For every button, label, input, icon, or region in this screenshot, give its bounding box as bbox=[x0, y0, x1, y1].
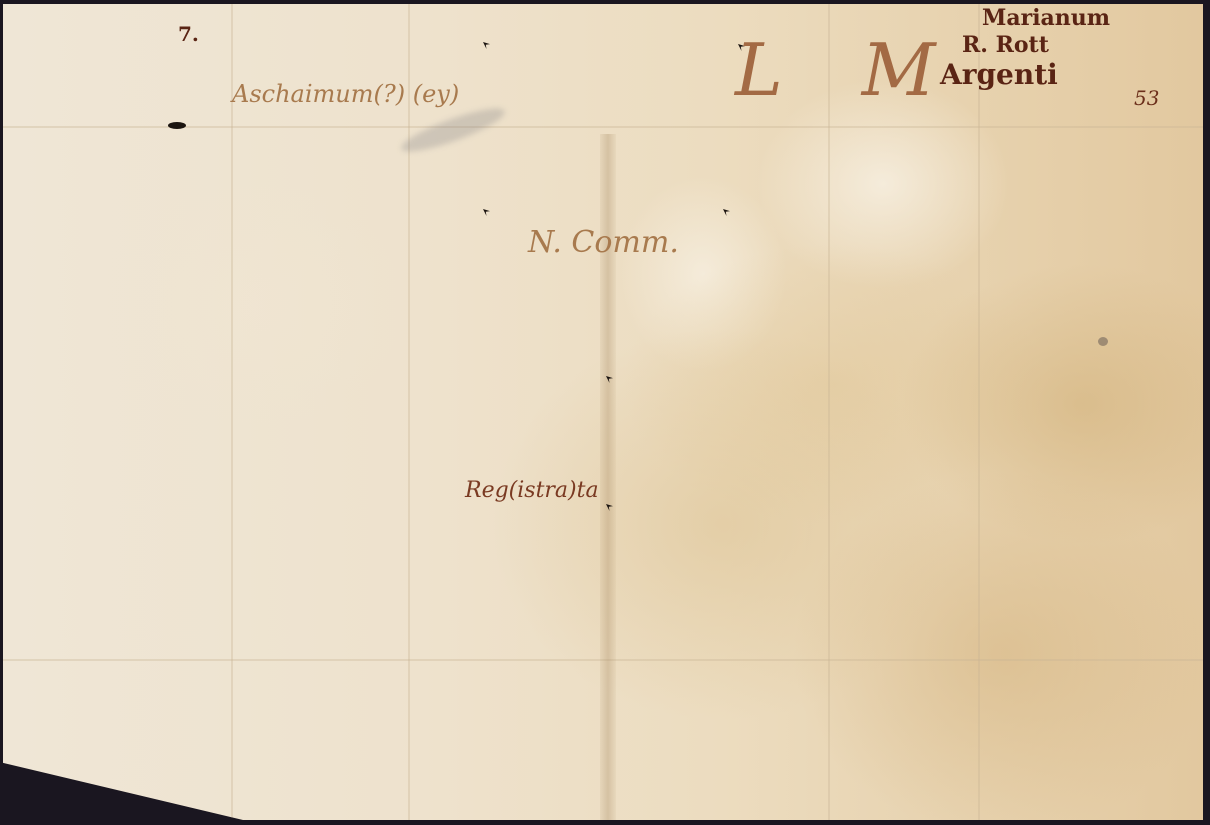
parchment-sheet bbox=[3, 4, 1203, 820]
pin-hole-mark bbox=[483, 209, 490, 216]
stain-spot bbox=[1098, 337, 1108, 346]
page-number: 53 bbox=[1134, 86, 1159, 110]
top-left-signature: Aschaimum(?) (ey) bbox=[232, 80, 459, 108]
top-right-annotation: Marianum R. Rott Argenti bbox=[960, 4, 1160, 92]
folio-number: 7. bbox=[178, 22, 199, 46]
center-signature: N. Comm. bbox=[528, 225, 679, 260]
ink-smudge bbox=[398, 101, 509, 159]
annotation-line: Marianum bbox=[982, 4, 1160, 32]
annotation-line: Argenti bbox=[940, 58, 1160, 92]
fold-line bbox=[231, 4, 233, 820]
decorative-initials: L M bbox=[735, 28, 963, 112]
annotation-line: R. Rott bbox=[962, 32, 1160, 58]
fold-line bbox=[978, 4, 980, 820]
pin-hole-mark bbox=[483, 42, 490, 49]
pin-hole-mark bbox=[723, 209, 730, 216]
fold-line bbox=[408, 4, 410, 820]
registration-note: Reg(istra)ta bbox=[465, 478, 599, 503]
stain-spot bbox=[168, 122, 186, 129]
fold-line bbox=[828, 4, 830, 820]
